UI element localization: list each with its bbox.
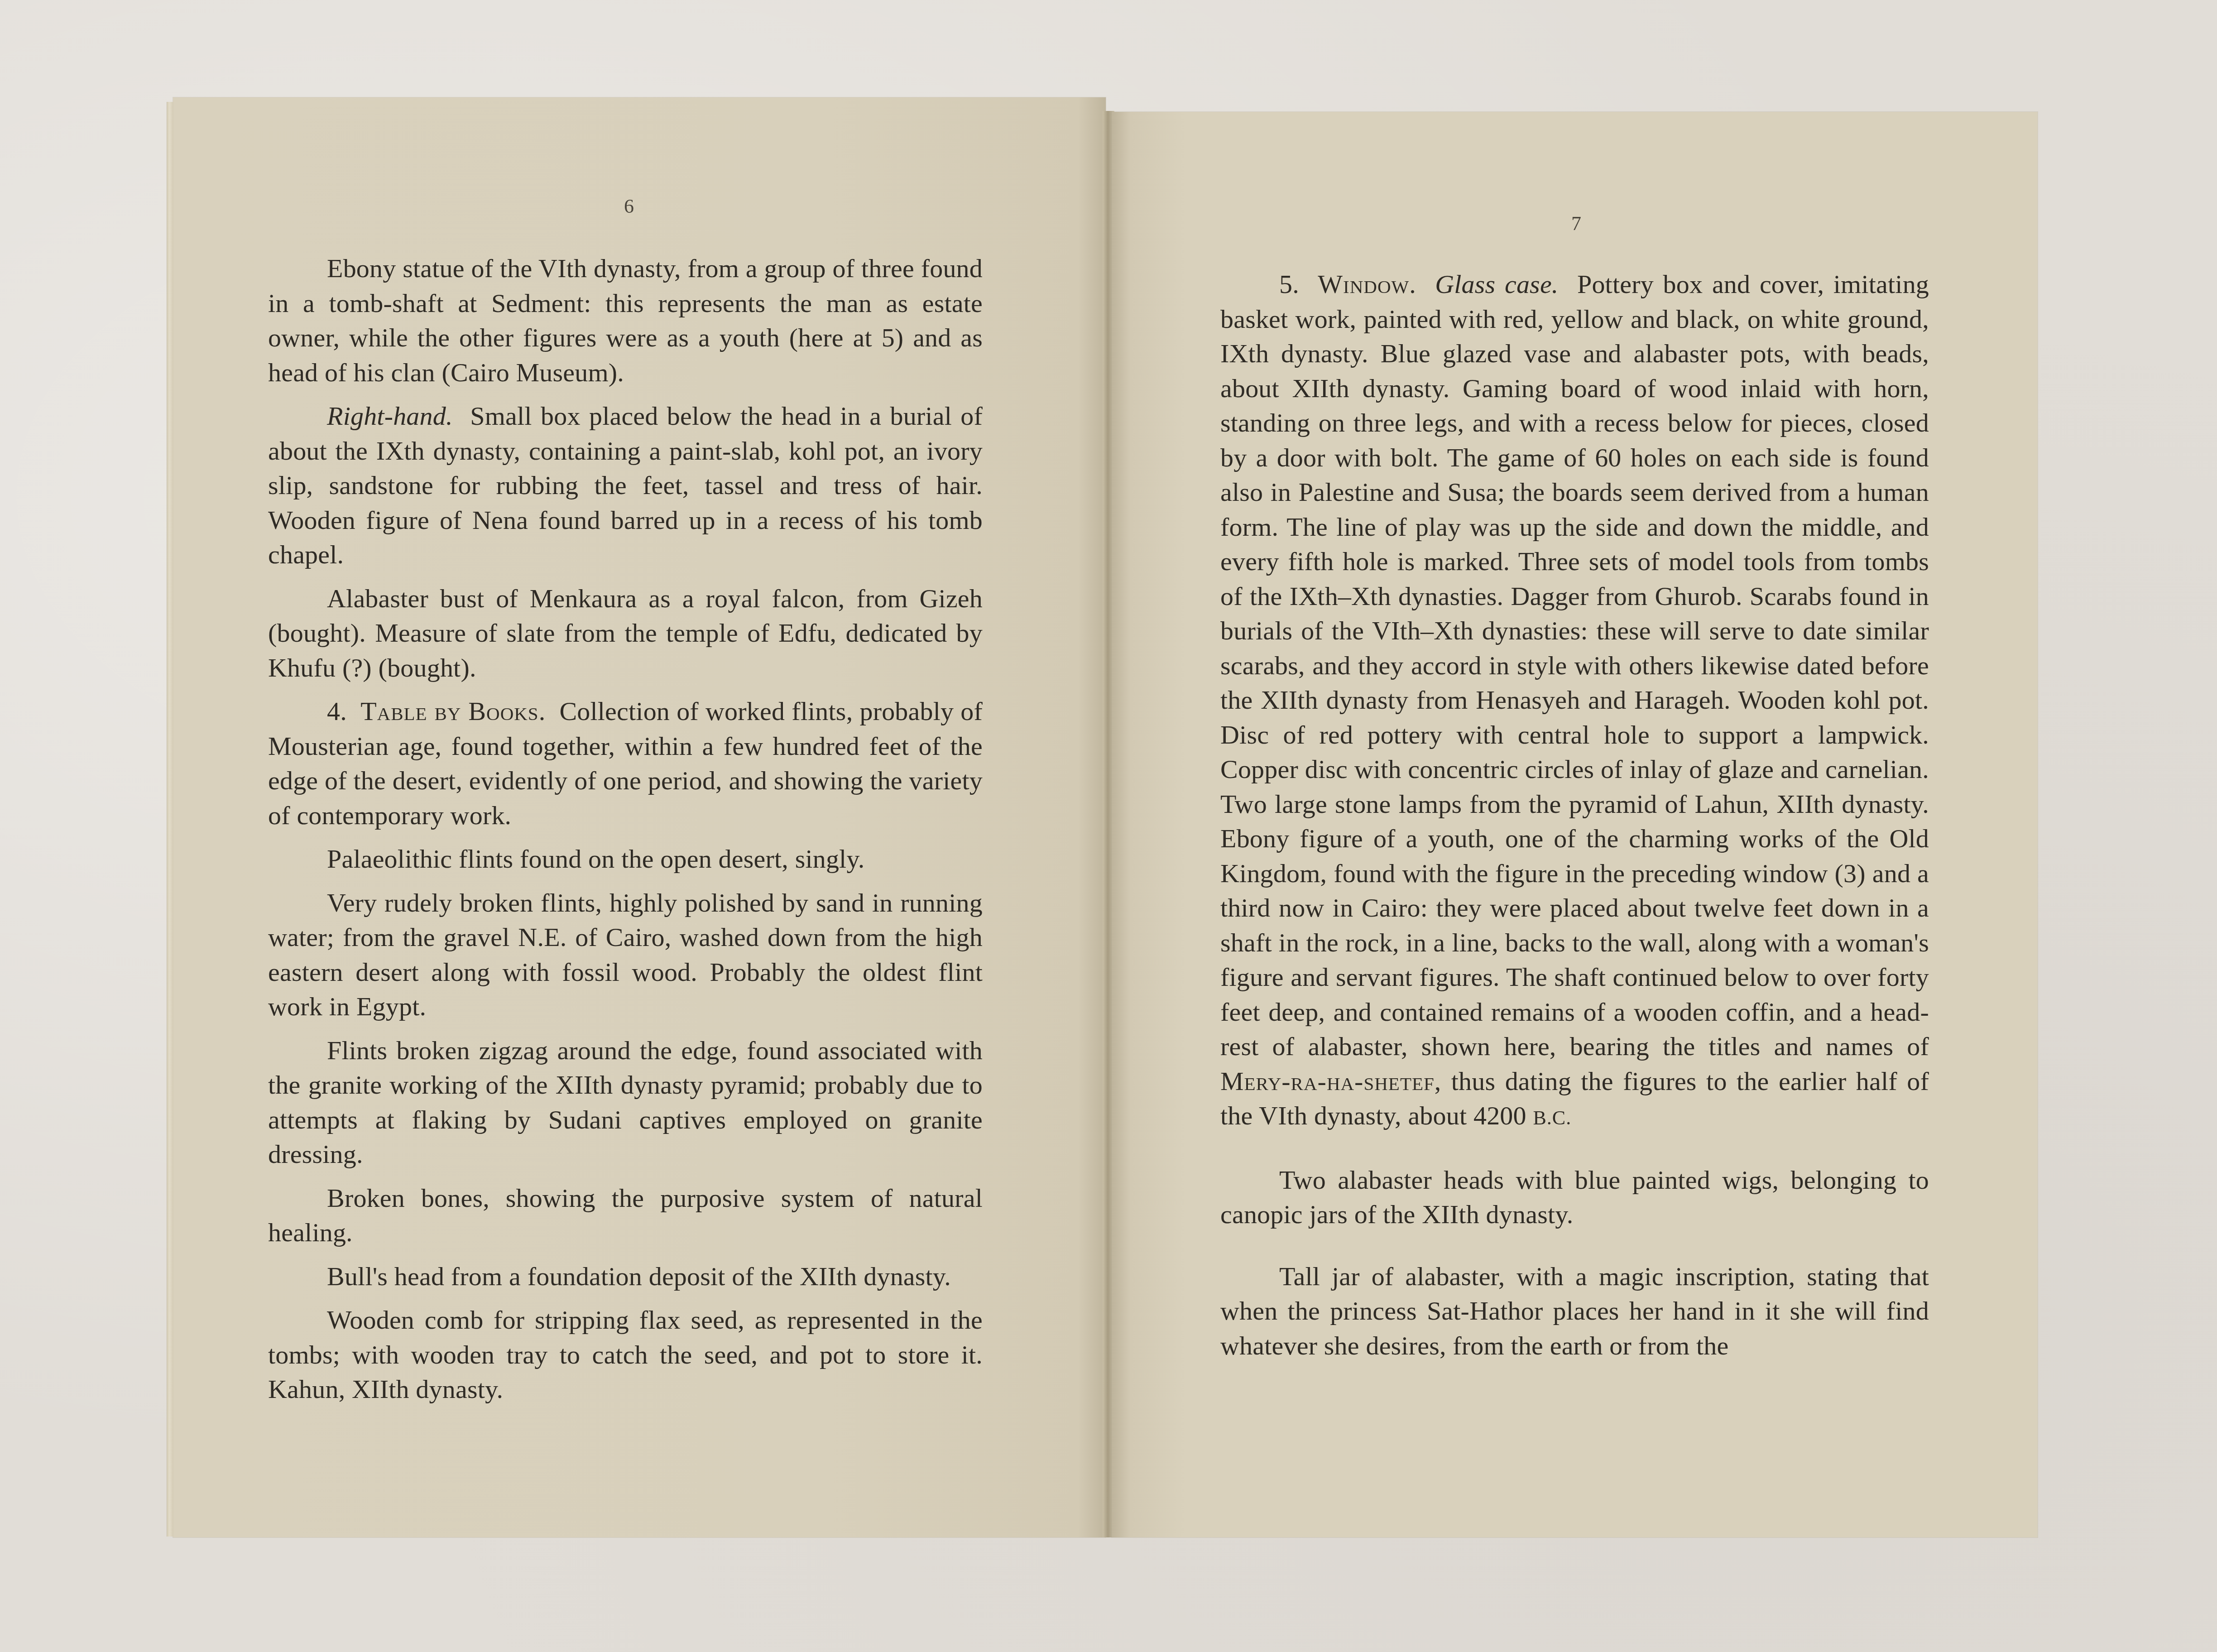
section-number: 4. <box>327 696 347 726</box>
booklet-spread: 6 7 Ebony statue of the VIth dynasty, fr… <box>0 0 2217 1652</box>
paragraph-bulls-head: Bull's head from a foundation deposit of… <box>268 1259 983 1294</box>
section-heading: Table by Books. <box>360 696 546 726</box>
right-page-text: 5. Window. Glass case. Pottery box and c… <box>1220 267 1929 1372</box>
paragraph-alabaster-bust: Alabaster bust of Menkaura as a royal fa… <box>268 581 983 686</box>
paragraph-tall-jar: Tall jar of alabaster, with a magic insc… <box>1220 1259 1929 1364</box>
section-heading: Window. <box>1318 269 1416 299</box>
paragraph-table-by-books: 4. Table by Books. Collection of worked … <box>268 694 983 833</box>
paragraph-rudely-broken-flints: Very rudely broken flints, highly polish… <box>268 886 983 1024</box>
paragraph-window-glass-case: 5. Window. Glass case. Pottery box and c… <box>1220 267 1929 1136</box>
section-subheading: Glass case. <box>1435 269 1558 299</box>
left-page-text: Ebony statue of the VIth dynasty, from a… <box>268 251 983 1416</box>
page-number-left: 6 <box>624 195 634 218</box>
name-mery-ra-ha-shetef: Mery-ra-ha-shetef, <box>1220 1066 1441 1096</box>
paragraph-broken-bones: Broken bones, showing the purposive syst… <box>268 1181 983 1250</box>
paragraph-alabaster-heads: Two alabaster heads with blue painted wi… <box>1220 1163 1929 1232</box>
paragraph-lead-italic: Right-hand. <box>327 401 453 431</box>
paragraph-zigzag-flints: Flints broken zigzag around the edge, fo… <box>268 1033 983 1172</box>
section-number: 5. <box>1279 269 1299 299</box>
paragraph-palaeolithic-flints: Palaeolithic flints found on the open de… <box>268 842 983 877</box>
paragraph-wooden-comb: Wooden comb for stripping flax seed, as … <box>268 1303 983 1407</box>
paragraph-right-hand: Right-hand. Small box placed below the h… <box>268 399 983 572</box>
paragraph-ebony-statue: Ebony statue of the VIth dynasty, from a… <box>268 251 983 390</box>
era-abbreviation: B.C. <box>1533 1107 1571 1129</box>
page-number-right: 7 <box>1571 212 1581 235</box>
